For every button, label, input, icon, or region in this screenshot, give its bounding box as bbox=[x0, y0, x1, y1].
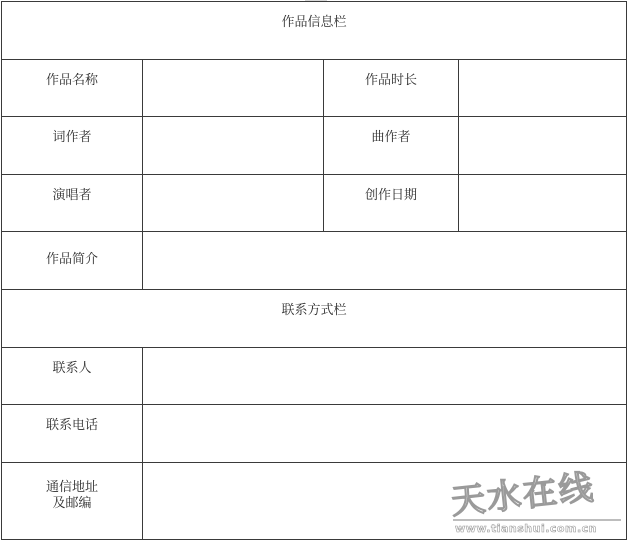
label-cell-composer: 曲作者 bbox=[323, 116, 459, 175]
watermark-url: www.tianshui.com.cn bbox=[455, 522, 597, 535]
section-title: 联系方式栏 bbox=[2, 290, 626, 319]
composer-field[interactable] bbox=[458, 116, 627, 175]
field-label: 曲作者 bbox=[324, 117, 458, 146]
label-cell-creation-date: 创作日期 bbox=[323, 174, 459, 232]
field-label-line-1: 通信地址 bbox=[2, 480, 142, 496]
field-value bbox=[143, 117, 323, 130]
section-header-work-info: 作品信息栏 bbox=[1, 1, 627, 60]
section-title: 作品信息栏 bbox=[2, 2, 626, 31]
field-label: 通信地址 及邮编 bbox=[2, 463, 142, 512]
creation-date-field[interactable] bbox=[458, 174, 627, 232]
field-value bbox=[143, 60, 323, 73]
field-label: 作品时长 bbox=[324, 60, 458, 89]
field-label-line-2: 及邮编 bbox=[2, 496, 142, 512]
label-cell-singer: 演唱者 bbox=[1, 174, 143, 232]
watermark-underline bbox=[453, 519, 621, 521]
singer-field[interactable] bbox=[142, 174, 324, 232]
field-label: 演唱者 bbox=[2, 175, 142, 204]
label-cell-work-name: 作品名称 bbox=[1, 59, 143, 117]
label-cell-lyricist: 词作者 bbox=[1, 116, 143, 175]
field-label: 联系人 bbox=[2, 348, 142, 377]
watermark-logo-text: 天水在线 bbox=[449, 468, 596, 523]
field-value bbox=[143, 175, 323, 188]
field-label: 联系电话 bbox=[2, 405, 142, 434]
site-watermark: 天水在线 www.tianshui.com.cn bbox=[445, 475, 625, 539]
lyricist-field[interactable] bbox=[142, 116, 324, 175]
work-name-field[interactable] bbox=[142, 59, 324, 117]
field-label: 创作日期 bbox=[324, 175, 458, 204]
field-value bbox=[143, 405, 626, 418]
label-cell-work-duration: 作品时长 bbox=[323, 59, 459, 117]
field-label: 作品简介 bbox=[2, 232, 142, 268]
field-label: 词作者 bbox=[2, 117, 142, 146]
contact-person-field[interactable] bbox=[142, 347, 627, 405]
label-cell-address-postcode: 通信地址 及邮编 bbox=[1, 462, 143, 540]
section-header-contact-info: 联系方式栏 bbox=[1, 289, 627, 348]
field-value bbox=[459, 175, 626, 188]
field-value bbox=[143, 348, 626, 361]
field-value bbox=[143, 232, 626, 245]
label-cell-contact-person: 联系人 bbox=[1, 347, 143, 405]
work-duration-field[interactable] bbox=[458, 59, 627, 117]
contact-phone-field[interactable] bbox=[142, 404, 627, 463]
field-label: 作品名称 bbox=[2, 60, 142, 89]
field-value bbox=[459, 117, 626, 130]
work-intro-field[interactable] bbox=[142, 231, 627, 290]
submission-form-table: 作品信息栏 作品名称 作品时长 词作者 曲作者 演唱者 创作日期 作品简介 bbox=[2, 2, 627, 540]
field-value bbox=[459, 60, 626, 73]
label-cell-contact-phone: 联系电话 bbox=[1, 404, 143, 463]
label-cell-work-intro: 作品简介 bbox=[1, 231, 143, 290]
